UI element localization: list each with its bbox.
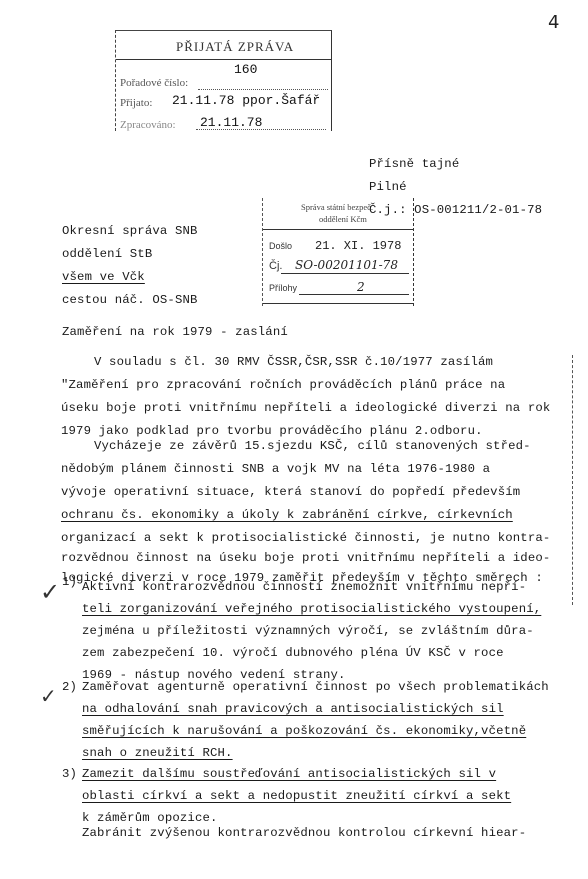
item-number: 2): [62, 680, 77, 694]
item-line: zem zabezpečení 10. výročí dubnového plé…: [82, 646, 504, 660]
checkmark-icon: ✓: [40, 684, 57, 708]
office-line2: oddělení Kčm: [319, 214, 367, 224]
ref-value: SO-00201101-78: [295, 258, 398, 272]
processed-label: Zpracováno:: [120, 119, 176, 131]
secrecy-label: Přísně tajné: [369, 157, 459, 171]
item-line: zejména u příležitosti významných výročí…: [82, 624, 534, 638]
body-line: úseku boje proti vnitřnímu nepříteli a i…: [61, 401, 550, 415]
item-line: teli zorganizování veřejného protisocial…: [82, 602, 541, 616]
addressee-line: oddělení StB: [62, 247, 152, 261]
serial-value: 160: [234, 62, 257, 77]
registry-stamp: Správa státní bezpeč. oddělení Kčm Došlo…: [262, 198, 414, 306]
item-line: Zaměřovat agenturně operativní činnost p…: [82, 680, 549, 694]
received-value: 21.11.78 ppor.Šafář: [172, 93, 320, 108]
body-line: Vycházeje ze závěrů 15.sjezdu KSČ, cílů …: [94, 439, 531, 453]
received-label: Přijato:: [120, 97, 152, 109]
stamp-bottom: [263, 303, 413, 304]
item-line: snah o zneužití RCH.: [82, 746, 233, 760]
dotted-line: [198, 89, 328, 90]
stamp-title: PŘIJATÁ ZPRÁVA: [176, 39, 294, 55]
office-line1: Správa státní bezpeč.: [301, 202, 373, 212]
addressee-line: cestou náč. OS-SNB: [62, 293, 198, 307]
item-line: na odhalování snah pravicových a antisoc…: [82, 702, 504, 716]
item-number: 3): [62, 767, 77, 781]
checkmark-icon: ✓: [40, 578, 60, 606]
body-line: nědobým plánem činnosti SNB a vojk MV na…: [61, 462, 490, 476]
body-line: vývoje operativní situace, která stanoví…: [61, 485, 520, 499]
addressee-line: všem ve Včk: [62, 270, 145, 284]
body-line: 1979 jako podklad pro tvorbu prováděcího…: [61, 424, 483, 438]
ref-line: [281, 273, 409, 274]
serial-label: Pořadové číslo:: [120, 77, 188, 89]
body-line: organizací a sekt k protisocialistické č…: [61, 531, 550, 545]
delivered-label: Došlo: [269, 241, 292, 251]
item-number: 1): [62, 575, 77, 589]
attachments-line: [299, 294, 409, 295]
processed-value: 21.11.78: [200, 115, 262, 130]
urgency-label: Pilné: [369, 180, 407, 194]
attachments-value: 2: [357, 280, 365, 294]
body-line: ochranu čs. ekonomiky a úkoly k zabráněn…: [61, 508, 513, 522]
attachments-label: Přílohy: [269, 283, 297, 293]
dotted-line: [196, 129, 326, 130]
receipt-stamp: PŘIJATÁ ZPRÁVA 160 Pořadové číslo: Přija…: [115, 30, 332, 131]
margin-line: [572, 355, 573, 605]
item-line: směřujících k narušování a poškozování č…: [82, 724, 526, 738]
item-line: Zabránit zvýšenou kontrarozvědnou kontro…: [82, 826, 526, 840]
ref-label: Čj.: [269, 260, 282, 272]
body-line: rozvědnou činnost na úseku boje proti vn…: [61, 551, 550, 565]
item-line: Aktivní kontrarozvědnou činností znemožn…: [82, 580, 526, 594]
addressee-line: Okresní správa SNB: [62, 224, 198, 238]
delivered-value: 21. XI. 1978: [315, 239, 401, 253]
body-line: V souladu s čl. 30 RMV ČSSR,ČSR,SSR č.10…: [94, 355, 493, 369]
item-line: Zamezit dalšímu soustřeďování antisocial…: [82, 767, 496, 781]
stamp-divider: [116, 59, 331, 60]
body-line: "Zaměření pro zpracování ročních provádě…: [61, 378, 505, 392]
stamp-divider: [263, 229, 413, 230]
subject-line: Zaměření na rok 1979 - zaslání: [62, 325, 288, 339]
item-line: oblasti církví a sekt a nedopustit zneuž…: [82, 789, 511, 803]
item-line: k záměrům opozice.: [82, 811, 218, 825]
page-number: 4: [548, 12, 559, 33]
